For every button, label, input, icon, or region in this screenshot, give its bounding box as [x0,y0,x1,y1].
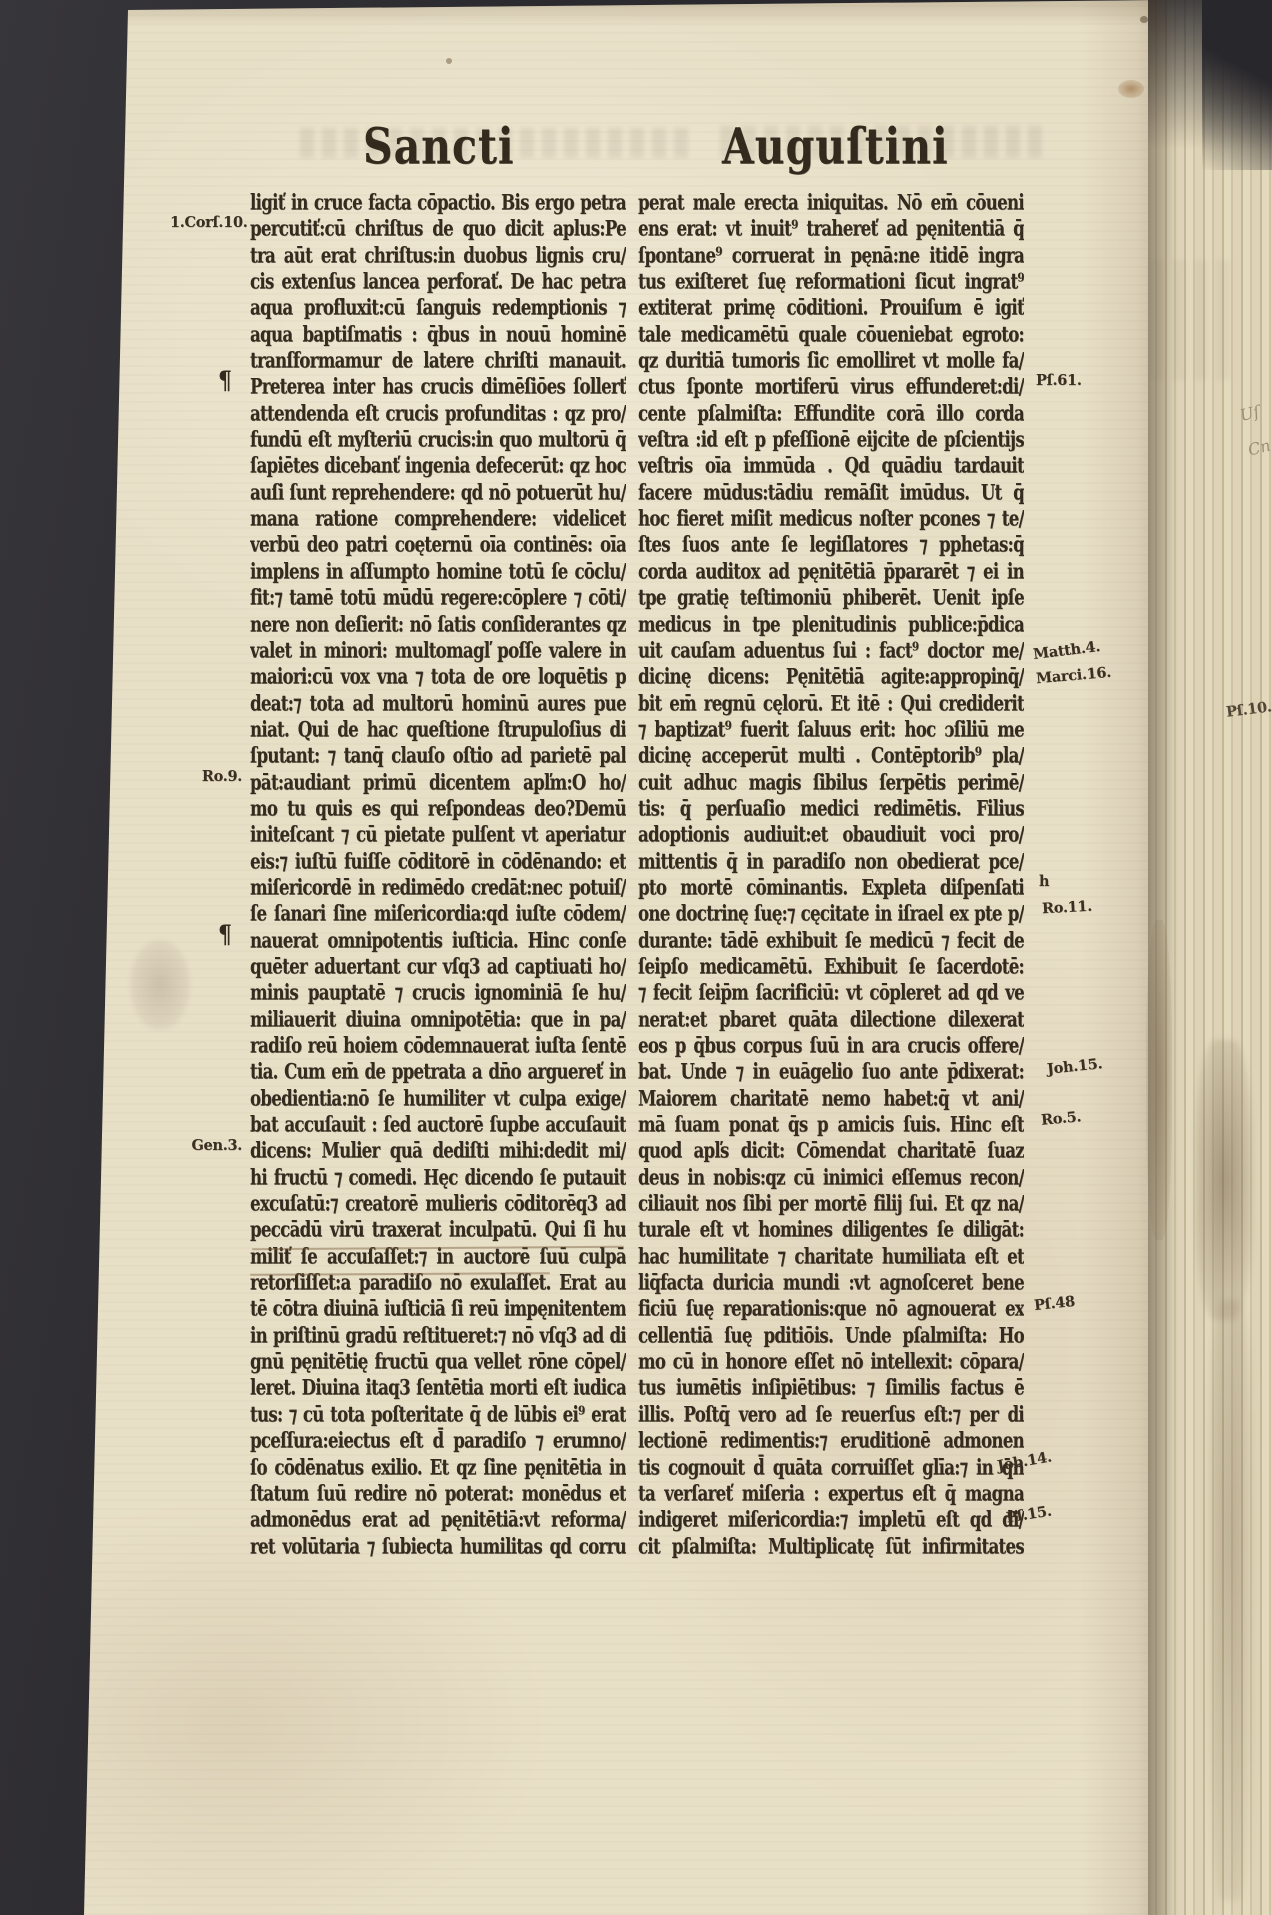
stain [1118,80,1144,98]
right-margin-note: h [1039,873,1049,890]
left-margin-note: Gen.3. [170,1137,242,1154]
left-column-line: ret volūtaria ⁊ ſubiecta humilitas qd co… [250,1532,626,1565]
photo-backdrop: Sancti Auguſtini ligiť in cruce facta cō… [0,0,1272,1915]
book-page: Sancti Auguſtini ligiť in cruce facta cō… [0,0,1170,1915]
backdrop-corner [1202,0,1272,170]
right-column: perat male erecta iniquitas. Nō em̄ cōue… [638,188,1024,1558]
left-column: ligiť in cruce facta cōpactio. Bis ergo … [250,188,626,1558]
left-margin-note: Ro.9. [170,768,242,785]
running-header-right: Auguſtini [722,118,949,176]
smudge [130,940,190,1030]
right-margin-note: Pſ.61. [1036,372,1082,389]
ink-speck [446,58,452,64]
gutter-shadow [1148,0,1178,1915]
right-column-line: cit pſalmiſta: Multiplicatę ſūt infirmit… [638,1532,1024,1565]
left-margin-note: 1.Corſ.10. [170,214,242,231]
paraph-mark: ¶ [218,920,232,950]
ink-speck [1140,16,1148,23]
right-margin-note: Ro.11. [1042,898,1093,918]
running-header-left: Sancti [363,118,514,176]
paraph-mark: ¶ [218,366,232,396]
